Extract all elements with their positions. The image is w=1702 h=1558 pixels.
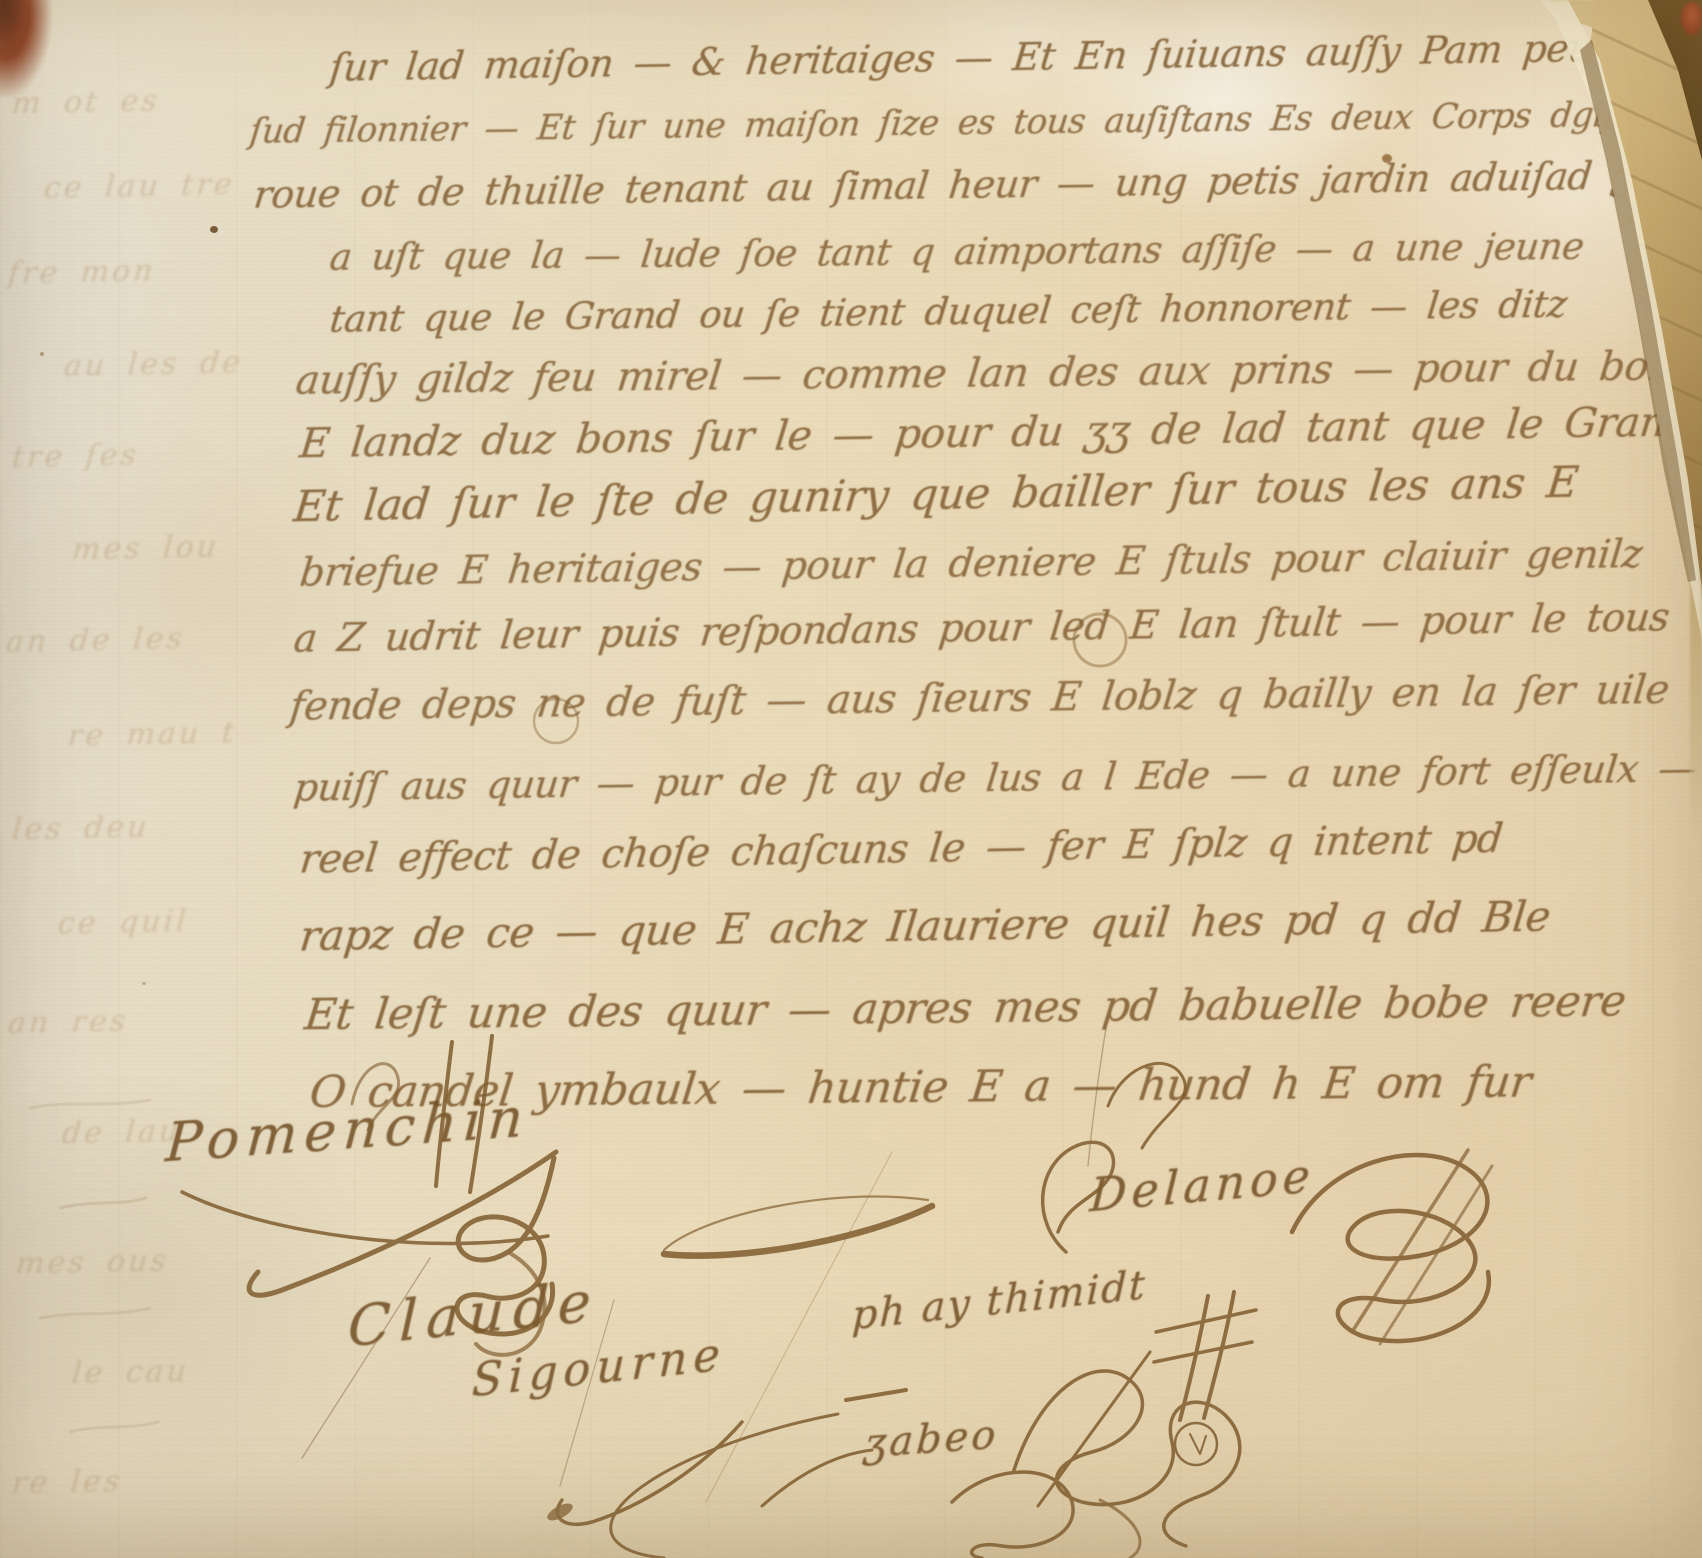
ink-speck [142,982,146,985]
manuscript-photo: m ot es ce lau tre fre mon au les de tre… [0,0,1702,1558]
flourish-pomenchin [182,1036,556,1458]
flourish-zabeo [611,1352,1240,1558]
ink-dot [210,226,218,233]
ink-dot [1382,154,1392,163]
flourish-accents [534,614,1126,1502]
ink-speck [40,352,44,356]
flourish-delanoe [1043,1028,1492,1344]
margin-smudges [30,1100,158,1432]
top-left-stain-core [0,0,24,40]
ink-flourishes [0,0,1702,1558]
flourish-long-oval [664,1196,932,1255]
flourish-ph-crosses [1154,1292,1256,1420]
corner-red-stain [1680,2,1702,36]
